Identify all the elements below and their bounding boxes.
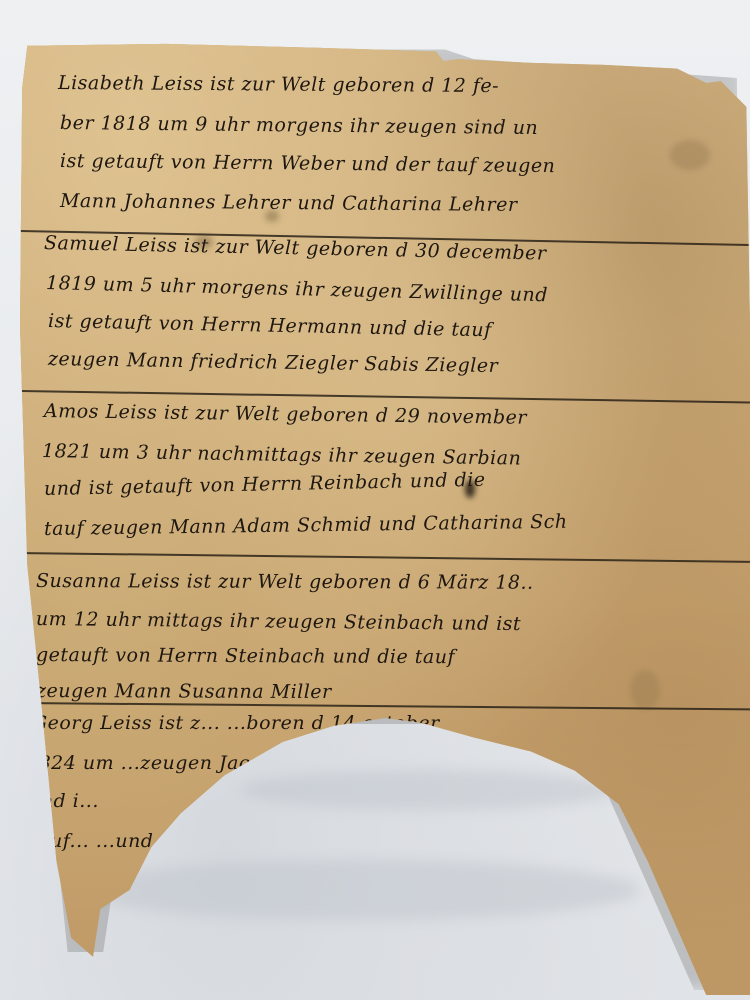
entry-line: Lisabeth Leiss ist zur Welt geboren d 12… [58,72,499,97]
entry-line: Amos Leiss ist zur Welt geboren d 29 nov… [44,400,527,429]
entry-line: ist getauft von Herrn Weber und der tauf… [60,150,556,177]
cloth-fold-shadow [80,860,640,920]
entry-line: und i... [28,790,99,812]
entry-line: tauf... ...und die [30,830,191,852]
cloth-fold-shadow [240,770,620,810]
entry-line: um 12 uhr mittags ihr zeugen Steinbach u… [36,608,521,635]
entry-line: getauft von Herrn Steinbach und die tauf [36,644,455,668]
entry-line: zeugen Mann Susanna Miller [36,680,332,703]
entry-line: ber 1818 um 9 uhr morgens ihr zeugen sin… [60,112,538,139]
entry-line: ist getauft von Herrn Hermann und die ta… [48,310,492,341]
entry-line: Samuel Leiss ist zur Welt geboren d 30 d… [44,232,547,265]
entry-line: 1821 um 3 uhr nachmittags ihr zeugen Sar… [42,440,522,470]
entry-line: 1824 um ...zeugen Jacob [26,752,275,774]
separator-rule [20,552,750,563]
entry-line: Mann Johannes Lehrer und Catharina Lehre… [60,190,518,216]
entry-line: zeugen Mann friedrich Ziegler Sabis Zieg… [48,348,499,377]
water-stain [630,670,660,710]
entry-line: und ist getauft von Herrn Reinbach und d… [44,469,486,500]
entry-line: tauf zeugen Mann Adam Schmid und Cathari… [44,511,568,540]
entry-line: Susanna Leiss ist zur Welt geboren d 6 M… [36,570,534,594]
water-stain [670,140,710,170]
entry-line: 1819 um 5 uhr morgens ihr zeugen Zwillin… [46,272,548,306]
